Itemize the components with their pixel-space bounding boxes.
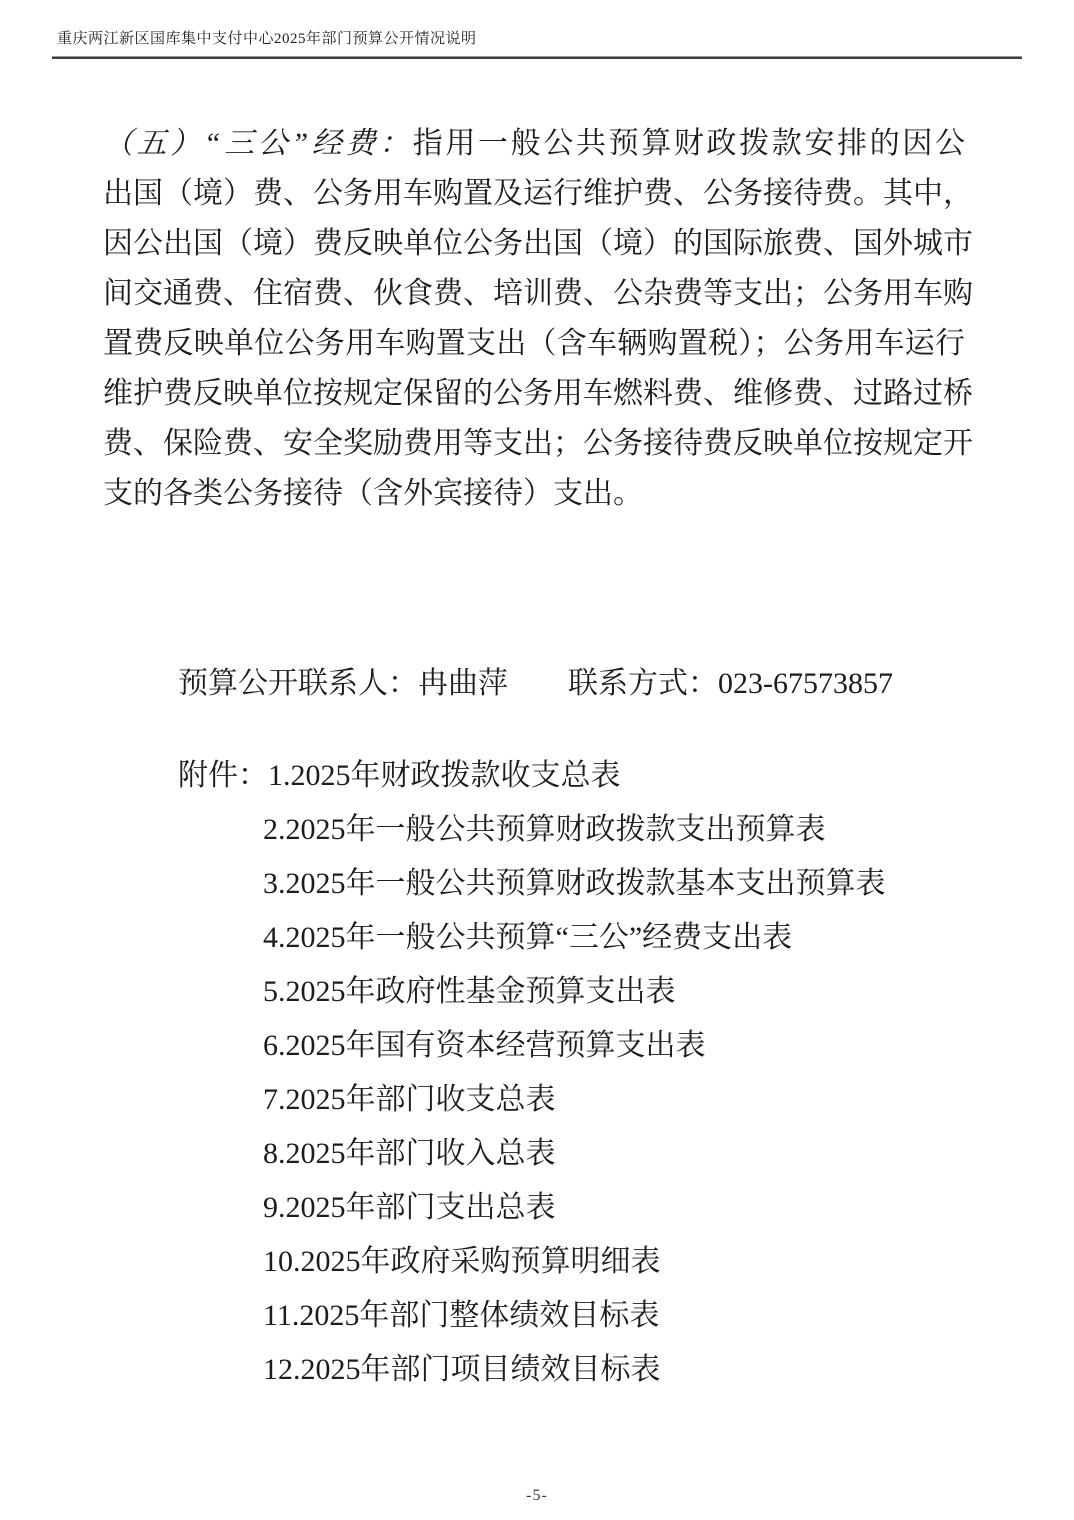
paragraph-line: 支的各类公务接待（含外宾接待）支出。 [103, 469, 965, 519]
paragraph-line: 维护费反映单位按规定保留的公务用车燃料费、维修费、过路过桥 [103, 369, 965, 419]
paragraph-line: 出国（境）费、公务用车购置及运行维护费、公务接待费。其中， [103, 169, 965, 219]
document-page: 重庆两江新区国库集中支付中心2025年部门预算公开情况说明 （五）“三公”经费：… [0, 0, 1074, 1520]
attachment-item: 3.2025年一般公共预算财政拨款基本支出预算表 [103, 857, 965, 911]
attachment-item-text: 1.2025年财政拨款收支总表 [268, 759, 621, 792]
attachment-item: 7.2025年部门收支总表 [103, 1073, 965, 1127]
page-footer: -5- [0, 1487, 1074, 1505]
attachment-item: 2.2025年一般公共预算财政拨款支出预算表 [103, 803, 965, 857]
attachment-item: 12.2025年部门项目绩效目标表 [103, 1343, 965, 1397]
attachment-item: 8.2025年部门收入总表 [103, 1127, 965, 1181]
paragraph-lead: （五）“三公”经费： [103, 127, 413, 160]
paragraph-line: 因公出国（境）费反映单位公务出国（境）的国际旅费、国外城市 [103, 219, 965, 269]
paragraph-line: 置费反映单位公务用车购置支出（含车辆购置税）；公务用车运行 [103, 319, 965, 369]
paragraph-line: 费、保险费、安全奖励费用等支出；公务接待费反映单位按规定开 [103, 419, 965, 469]
page-header-title: 重庆两江新区国库集中支付中心2025年部门预算公开情况说明 [57, 27, 1074, 48]
attachments-label: 附件： [178, 759, 268, 792]
attachment-list: 附件：1.2025年财政拨款收支总表 2.2025年一般公共预算财政拨款支出预算… [103, 749, 965, 1397]
contact-method: 联系方式：023-67573857 [568, 667, 893, 700]
contact-line: 预算公开联系人：冉曲萍联系方式：023-67573857 [103, 659, 965, 709]
contact-person: 预算公开联系人：冉曲萍 [178, 667, 508, 700]
paragraph-text: 指用一般公共预算财政拨款安排的因公 [413, 127, 965, 160]
attachment-item: 附件：1.2025年财政拨款收支总表 [103, 749, 965, 803]
attachment-item: 10.2025年政府采购预算明细表 [103, 1235, 965, 1289]
paragraph-line: （五）“三公”经费：指用一般公共预算财政拨款安排的因公 [103, 119, 965, 169]
document-body: （五）“三公”经费：指用一般公共预算财政拨款安排的因公 出国（境）费、公务用车购… [103, 119, 965, 1397]
attachment-item: 11.2025年部门整体绩效目标表 [103, 1289, 965, 1343]
document-header: 重庆两江新区国库集中支付中心2025年部门预算公开情况说明 [0, 0, 1074, 59]
three-public-expenses-paragraph: （五）“三公”经费：指用一般公共预算财政拨款安排的因公 出国（境）费、公务用车购… [103, 119, 965, 519]
attachment-item: 9.2025年部门支出总表 [103, 1181, 965, 1235]
page-number: -5- [526, 1487, 548, 1504]
attachment-item: 6.2025年国有资本经营预算支出表 [103, 1019, 965, 1073]
header-rule [52, 56, 1022, 59]
attachment-item: 4.2025年一般公共预算“三公”经费支出表 [103, 911, 965, 965]
paragraph-line: 间交通费、住宿费、伙食费、培训费、公杂费等支出；公务用车购 [103, 269, 965, 319]
attachment-item: 5.2025年政府性基金预算支出表 [103, 965, 965, 1019]
